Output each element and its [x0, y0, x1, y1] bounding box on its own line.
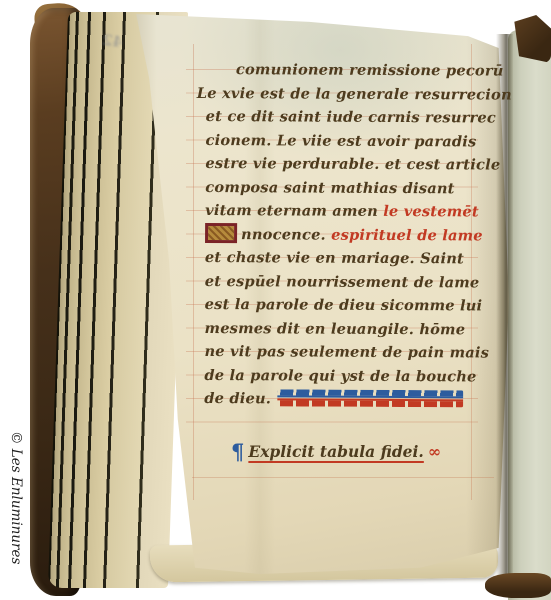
text-segment-ink: de la parole qui yst de la bouche [204, 366, 476, 384]
manuscript-line: estre vie perdurable. et cest article [205, 152, 485, 177]
paraph-mark: ¶ [231, 439, 244, 464]
manuscript-line: de dieu. [204, 387, 484, 412]
text-segment-red: espirituel de lame [331, 226, 483, 244]
text-segment-ink: est la parole de dieu sicomme lui [205, 296, 483, 314]
manuscript-line: Le xvie est de la generale resurrecion [197, 81, 486, 106]
leather-clasp-bottom-right [485, 573, 551, 598]
explicit-text: Explicit tabula fidei. [248, 442, 423, 461]
text-segment-ink: ne vit pas seulement de pain mais [204, 343, 489, 361]
gutter-shadow [496, 34, 513, 594]
manuscript-line: cionem. Le viie est avoir paradis [206, 128, 486, 153]
facing-page-strip [508, 30, 551, 600]
manuscript-line: composa saint mathias disant [205, 175, 485, 200]
manuscript-line: de la parole qui yst de la bouche [204, 363, 484, 388]
penwork-line-filler [277, 389, 463, 407]
illuminated-initial [205, 222, 237, 242]
text-segment-ink: estre vie perdurable. et cest article [205, 155, 500, 174]
manuscript-line: et ce dit saint iude carnis resurrec [206, 105, 486, 130]
manuscript-line: et chaste vie en mariage. Saint [205, 246, 485, 271]
left-ruling-line [193, 44, 194, 500]
copyright-credit-text: © Les Enluminures [8, 431, 24, 564]
manuscript-line: et espūel nourrissement de lame [205, 269, 485, 294]
text-segment-ink: mesmes dit en leuangile. hōme [205, 319, 466, 337]
copyright-credit: © Les Enluminures [8, 428, 28, 600]
manuscript-line: ne vit pas seulement de pain mais [204, 340, 484, 365]
text-segment-ink: et espūel nourrissement de lame [205, 272, 480, 290]
lower-ruling-line [192, 477, 494, 478]
text-segment-ink: et ce dit saint iude carnis resurrec [206, 108, 496, 127]
manuscript-text-block: comunionem remissione pecorūLe xvie est … [204, 58, 486, 412]
text-segment-ink: et chaste vie en mariage. Saint [205, 249, 464, 267]
explicit-line: ¶Explicit tabula fidei.∞ [231, 439, 441, 464]
text-segment-ink: composa saint mathias disant [205, 178, 454, 196]
show-through-numeral: 42 [101, 31, 124, 52]
text-segment-ink: de dieu. [204, 390, 271, 407]
text-segment-ink: nnocence. [241, 226, 331, 243]
text-segment-ink: comunionem remissione pecorū [236, 61, 504, 79]
red-flourish: ∞ [428, 442, 441, 461]
manuscript-line: vitam eternam amen le vestemēt [205, 199, 485, 224]
manuscript-line: comunionem remissione pecorū [236, 58, 486, 83]
manuscript-line: mesmes dit en leuangile. hōme [205, 316, 485, 341]
text-segment-ink: Le xvie est de la generale resurrecion [197, 84, 512, 103]
text-segment-red: le vestemēt [383, 203, 479, 221]
text-segment-ink: vitam eternam amen [205, 202, 383, 220]
manuscript-line: est la parole de dieu sicomme lui [205, 293, 485, 318]
manuscript-line: nnocence. espirituel de lame [205, 222, 485, 247]
manuscript-photo: comunionem remissione pecorūLe xvie est … [0, 0, 551, 600]
text-segment-ink: cionem. Le viie est avoir paradis [206, 131, 477, 149]
